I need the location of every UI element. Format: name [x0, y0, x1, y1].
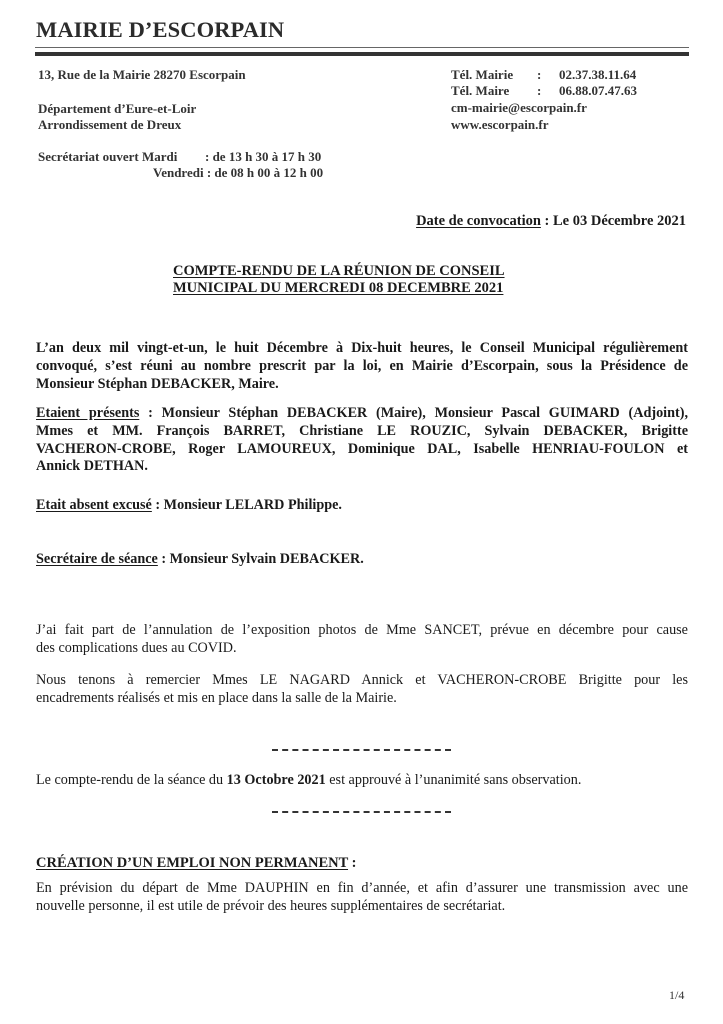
website-link[interactable]: www.escorpain.fr	[451, 116, 549, 133]
absent-paragraph: Etait absent excusé : Monsieur LELARD Ph…	[36, 497, 688, 515]
emploi-line: En prévision du départ de Mme DAUPHIN en…	[36, 880, 688, 898]
secretariat-friday-hours: Vendredi : de 08 h 00 à 12 h 00	[153, 164, 323, 181]
secretariat-tuesday-hours: : de 13 h 30 à 17 h 30	[205, 148, 321, 165]
convocation-value: : Le 03 Décembre 2021	[541, 213, 686, 229]
department: Département d’Eure-et-Loir	[38, 100, 196, 117]
remerciements-line: Nous tenons à remercier Mmes LE NAGARD A…	[36, 672, 688, 690]
tel-maire-label: Tél. Maire	[451, 82, 509, 99]
approval-paragraph: Le compte-rendu de la séance du 13 Octob…	[36, 772, 581, 789]
annulation-line: des complications dues au COVID.	[36, 640, 688, 658]
emploi-title-suffix: :	[348, 855, 356, 871]
approval-text: est approuvé à l’unanimité sans observat…	[326, 772, 582, 788]
tel-maire-colon: :	[537, 82, 541, 99]
presents-paragraph: Etaient présents : Monsieur Stéphan DEBA…	[36, 405, 688, 476]
remerciements-paragraph: Nous tenons à remercier Mmes LE NAGARD A…	[36, 672, 688, 708]
tel-maire-value[interactable]: 06.88.07.47.63	[559, 82, 637, 99]
secretaire-label: Secrétaire de séance	[36, 551, 158, 567]
presents-line: VACHERON-CROBE, Roger LAMOUREUX, Dominiq…	[36, 441, 688, 459]
report-title: COMPTE-RENDU DE LA RÉUNION DE CONSEIL MU…	[173, 263, 505, 297]
tel-mairie-colon: :	[537, 66, 541, 83]
presents-line: Etaient présents : Monsieur Stéphan DEBA…	[36, 405, 688, 423]
intro-line: Monsieur Stéphan DEBACKER, Maire.	[36, 376, 688, 394]
mairie-title: MAIRIE D’ESCORPAIN	[36, 17, 284, 43]
emploi-title-text: CRÉATION D’UN EMPLOI NON PERMANENT	[36, 855, 348, 871]
tel-mairie-value[interactable]: 02.37.38.11.64	[559, 66, 636, 83]
presents-label: Etaient présents	[36, 405, 139, 421]
intro-line: convoqué, s’est réuni au nombre prescrit…	[36, 358, 688, 376]
arrondissement: Arrondissement de Dreux	[38, 116, 181, 133]
emploi-section-title: CRÉATION D’UN EMPLOI NON PERMANENT :	[36, 855, 357, 872]
header-rule-thick	[35, 52, 689, 56]
absent-label: Etait absent excusé	[36, 497, 152, 513]
intro-paragraph: L’an deux mil vingt-et-un, le huit Décem…	[36, 340, 688, 393]
annulation-paragraph: J’ai fait part de l’annulation de l’expo…	[36, 622, 688, 658]
secretaire-paragraph: Secrétaire de séance : Monsieur Sylvain …	[36, 551, 688, 569]
remerciements-line: encadrements réalisés et mis en place da…	[36, 690, 688, 708]
approval-date: 13 Octobre 2021	[227, 772, 326, 788]
emploi-line: nouvelle personne, il est utile de prévo…	[36, 898, 688, 916]
absent-value: : Monsieur LELARD Philippe.	[152, 497, 342, 513]
presents-text: : Monsieur Stéphan DEBACKER (Maire), Mon…	[139, 405, 688, 421]
separator-line	[272, 749, 451, 751]
header-rule-thin	[35, 47, 689, 48]
presents-line: Annick DETHAN.	[36, 458, 688, 476]
presents-line: Mmes et MM. François BARRET, Christiane …	[36, 423, 688, 441]
report-title-line-2: MUNICIPAL DU MERCREDI 08 DECEMBRE 2021	[173, 280, 505, 297]
annulation-line: J’ai fait part de l’annulation de l’expo…	[36, 622, 688, 640]
address: 13, Rue de la Mairie 28270 Escorpain	[38, 66, 246, 83]
secretariat-label: Secrétariat ouvert Mardi	[38, 148, 177, 165]
report-title-line-1: COMPTE-RENDU DE LA RÉUNION DE CONSEIL	[173, 263, 505, 280]
secretaire-value: : Monsieur Sylvain DEBACKER.	[158, 551, 364, 567]
intro-line: L’an deux mil vingt-et-un, le huit Décem…	[36, 340, 688, 358]
convocation-label: Date de convocation	[416, 213, 541, 229]
approval-text: Le compte-rendu de la séance du	[36, 772, 227, 788]
emploi-paragraph: En prévision du départ de Mme DAUPHIN en…	[36, 880, 688, 916]
page-number: 1/4	[669, 988, 684, 1003]
separator-line	[272, 811, 451, 813]
tel-mairie-label: Tél. Mairie	[451, 66, 513, 83]
email-link[interactable]: cm-mairie@escorpain.fr	[451, 99, 587, 116]
convocation-date: Date de convocation : Le 03 Décembre 202…	[416, 213, 686, 230]
